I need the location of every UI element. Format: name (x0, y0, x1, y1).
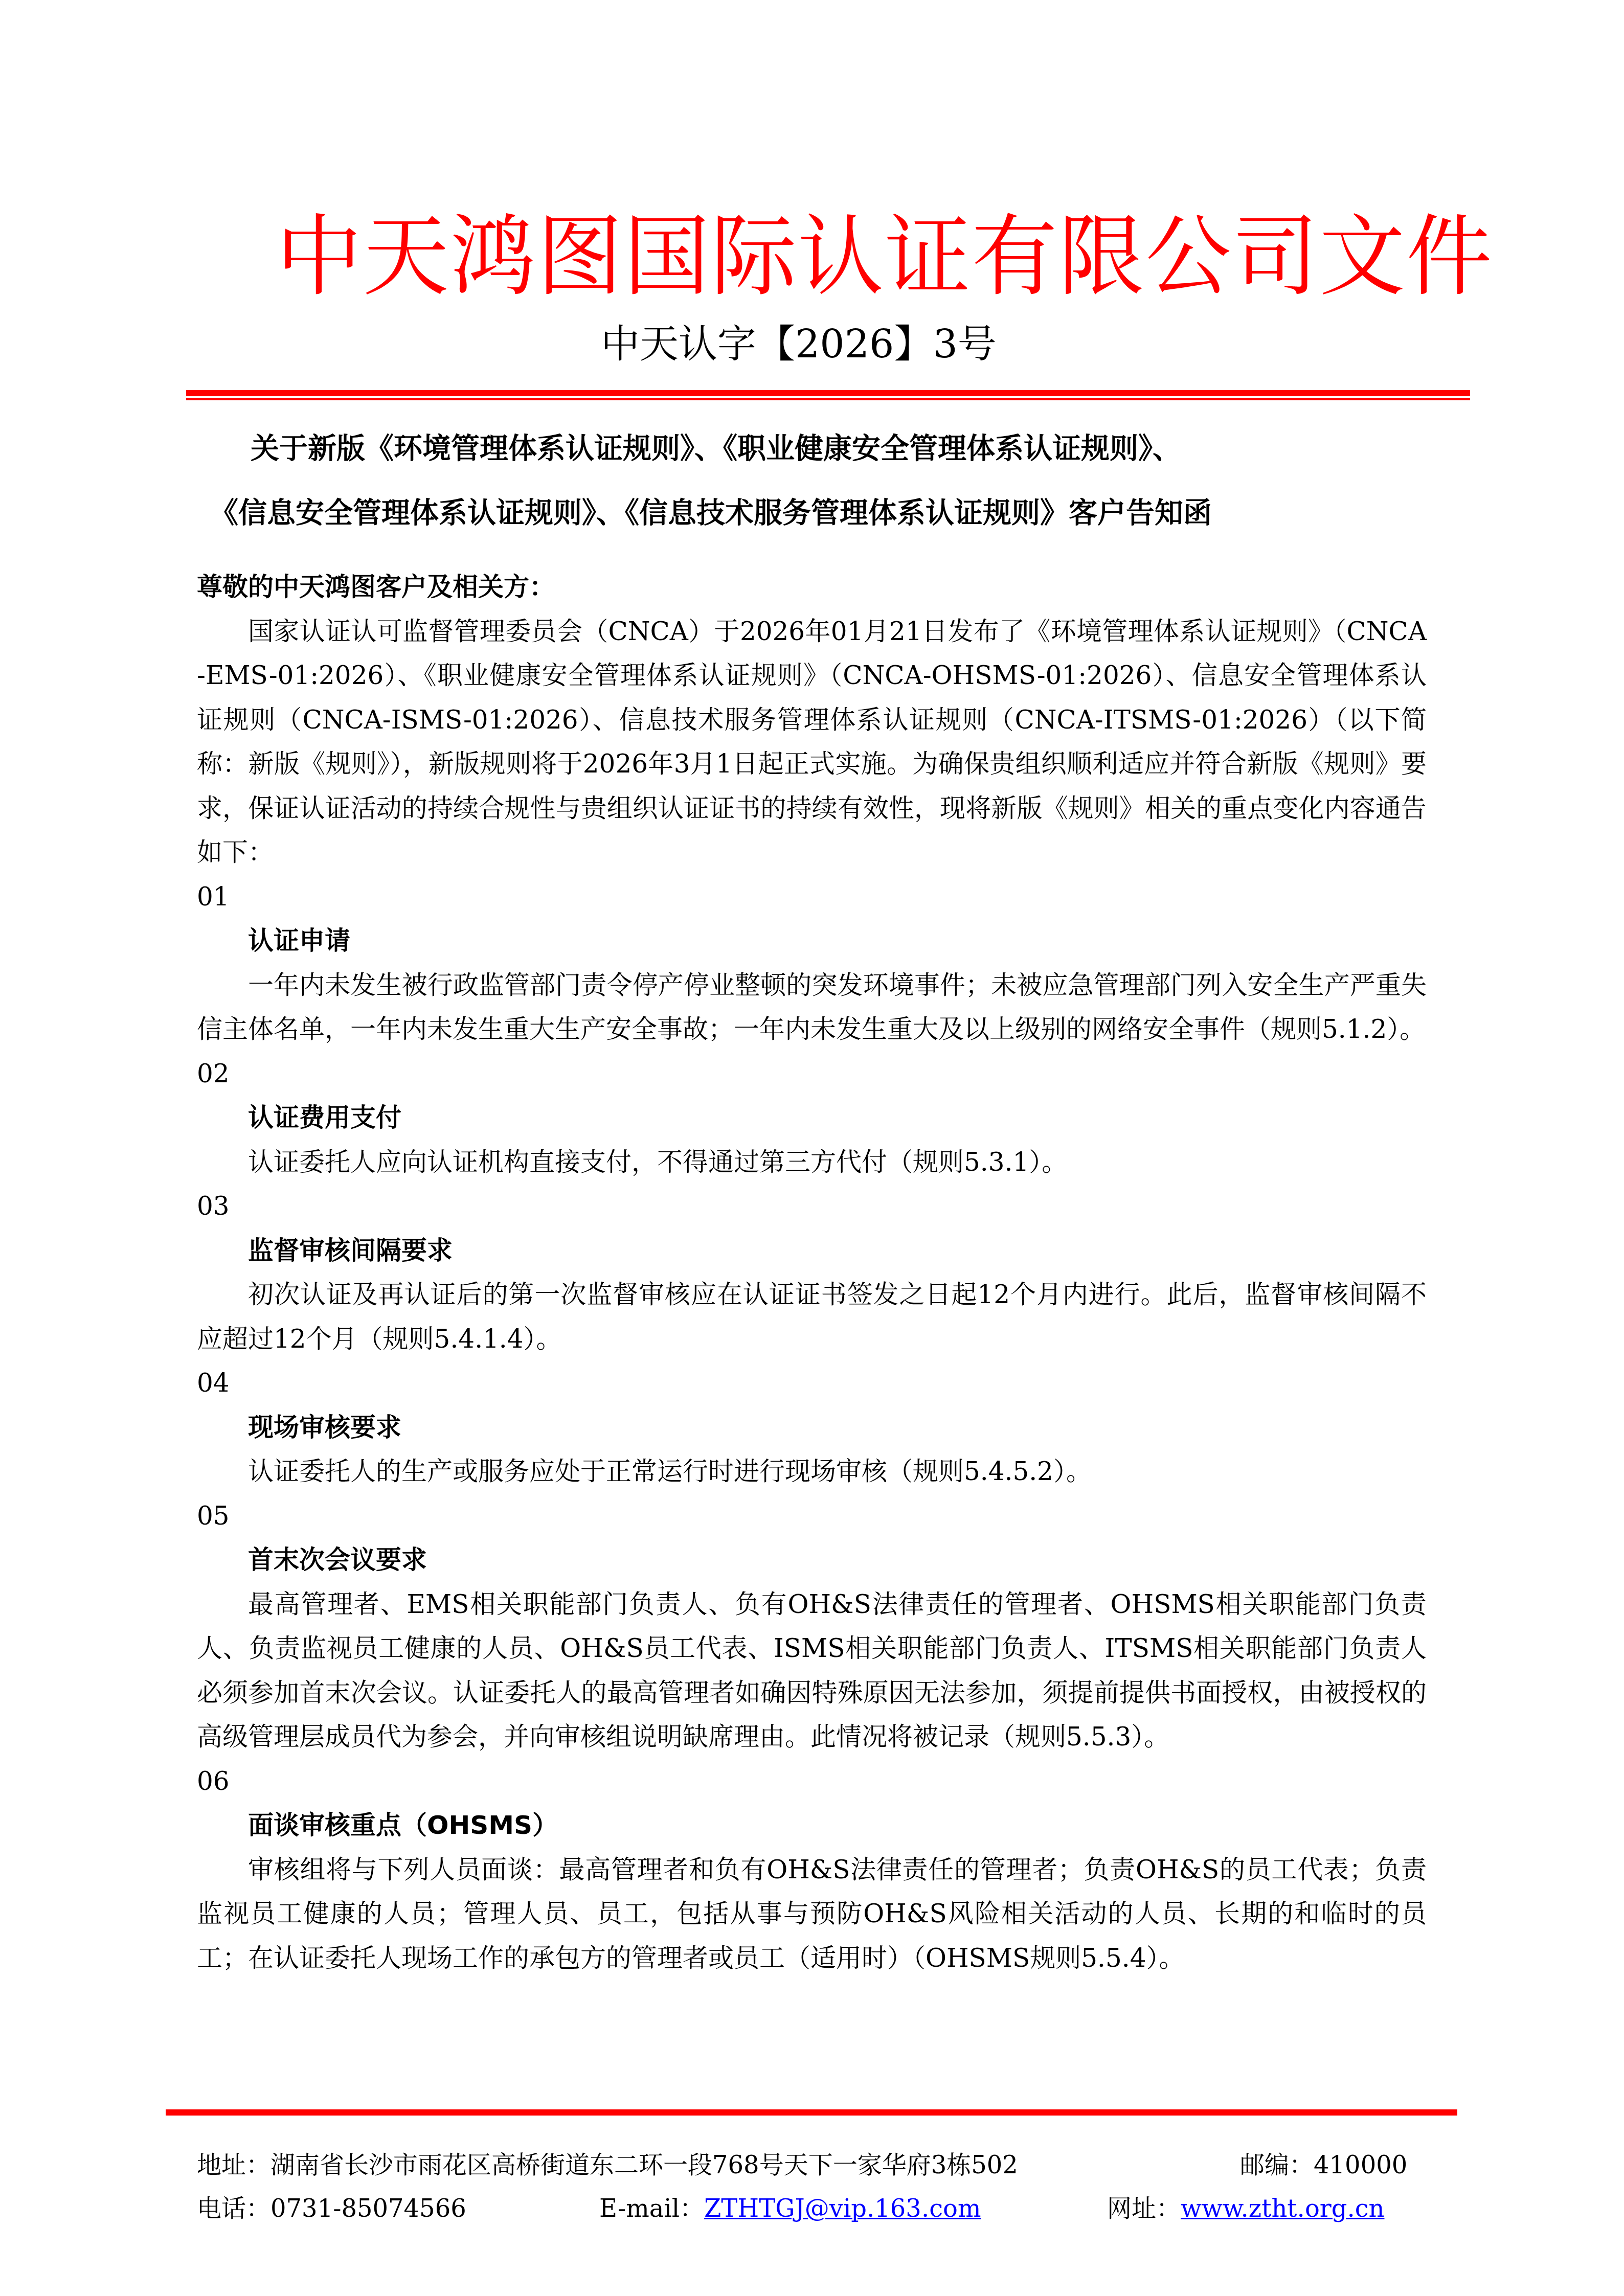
item-text: 认证委托人应向认证机构直接支付，不得通过第三方代付（规则5.3.1）。 (197, 1140, 1427, 1185)
website-link[interactable]: www.ztht.org.cn (1181, 2194, 1384, 2223)
change-item-01: 01 认证申请 一年内未发生被行政监管部门责令停产停业整顿的突发环境事件；未被应… (197, 875, 1427, 1052)
item-text: 一年内未发生被行政监管部门责令停产停业整顿的突发环境事件；未被应急管理部门列入安… (197, 963, 1427, 1052)
document-number: 中天认字【2026】3号 (601, 322, 997, 366)
intro-paragraph: 国家认证认可监督管理委员会（CNCA）于2026年01月21日发布了《环境管理体… (197, 609, 1427, 875)
postcode-label: 邮编： (1240, 2151, 1314, 2179)
item-heading: 认证费用支付 (197, 1096, 1427, 1140)
email-link[interactable]: ZTHTGJ@vip.163.com (704, 2194, 981, 2223)
item-text: 最高管理者、EMS相关职能部门负责人、负有OH&S法律责任的管理者、OHSMS相… (197, 1582, 1427, 1759)
website-label: 网址： (1107, 2194, 1181, 2223)
address-value: 湖南省长沙市雨花区高桥街道东二环一段768号天下一家华府3栋502 (270, 2151, 1018, 2179)
change-item-06: 06 面谈审核重点（OHSMS） 审核组将与下列人员面谈：最高管理者和负有OH&… (197, 1759, 1427, 1981)
document-title: 关于新版《环境管理体系认证规则》、《职业健康安全管理体系认证规则》、 《信息安全… (174, 417, 1452, 545)
document-title-line-2: 《信息安全管理体系认证规则》、《信息技术服务管理体系认证规则》客户告知函 (174, 481, 1452, 545)
change-item-05: 05 首末次会议要求 最高管理者、EMS相关职能部门负责人、负有OH&S法律责任… (197, 1494, 1427, 1759)
change-item-02: 02 认证费用支付 认证委托人应向认证机构直接支付，不得通过第三方代付（规则5.… (197, 1052, 1427, 1185)
footer-website: 网址：www.ztht.org.cn (1107, 2193, 1385, 2224)
item-number: 04 (197, 1361, 1427, 1405)
item-number: 03 (197, 1184, 1427, 1229)
item-number: 01 (197, 875, 1427, 919)
change-item-03: 03 监督审核间隔要求 初次认证及再认证后的第一次监督审核应在认证证书签发之日起… (197, 1184, 1427, 1361)
item-text: 审核组将与下列人员面谈：最高管理者和负有OH&S法律责任的管理者；负责OH&S的… (197, 1848, 1427, 1981)
header-rule-thick (186, 390, 1470, 396)
item-heading: 首末次会议要求 (197, 1538, 1427, 1582)
organization-title: 中天鸿图国际认证有限公司文件 (276, 207, 1483, 306)
item-heading: 现场审核要求 (197, 1405, 1427, 1450)
footer-phone: 电话：0731-85074566 (197, 2193, 466, 2224)
footer-postcode: 邮编：410000 (1240, 2150, 1407, 2180)
salutation: 尊敬的中天鸿图客户及相关方： (197, 565, 1427, 609)
item-heading: 认证申请 (197, 919, 1427, 963)
footer-address: 地址：湖南省长沙市雨花区高桥街道东二环一段768号天下一家华府3栋502 (197, 2150, 1018, 2180)
header-rule-thin (186, 398, 1470, 400)
postcode-value: 410000 (1314, 2151, 1407, 2179)
email-label: E-mail： (599, 2194, 704, 2223)
item-heading: 监督审核间隔要求 (197, 1229, 1427, 1273)
letter-body: 尊敬的中天鸿图客户及相关方： 国家认证认可监督管理委员会（CNCA）于2026年… (197, 565, 1427, 1980)
item-text: 初次认证及再认证后的第一次监督审核应在认证证书签发之日起12个月内进行。此后，监… (197, 1272, 1427, 1361)
footer-rule (166, 2109, 1457, 2116)
document-title-line-1: 关于新版《环境管理体系认证规则》、《职业健康安全管理体系认证规则》、 (174, 417, 1452, 481)
change-item-04: 04 现场审核要求 认证委托人的生产或服务应处于正常运行时进行现场审核（规则5.… (197, 1361, 1427, 1494)
footer-email: E-mail：ZTHTGJ@vip.163.com (599, 2193, 981, 2224)
phone-value: 0731-85074566 (270, 2194, 466, 2223)
item-heading: 面谈审核重点（OHSMS） (197, 1803, 1427, 1848)
phone-label: 电话： (197, 2194, 270, 2223)
item-number: 06 (197, 1759, 1427, 1804)
item-number: 05 (197, 1494, 1427, 1538)
address-label: 地址： (197, 2151, 270, 2179)
item-number: 02 (197, 1052, 1427, 1096)
item-text: 认证委托人的生产或服务应处于正常运行时进行现场审核（规则5.4.5.2）。 (197, 1449, 1427, 1494)
